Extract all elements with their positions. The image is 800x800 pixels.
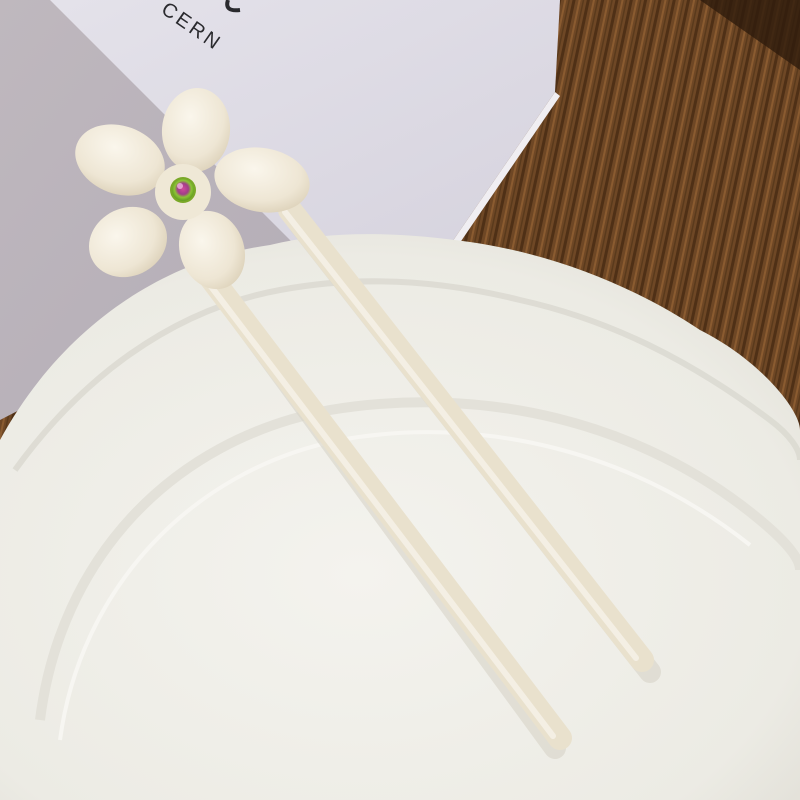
photo-canvas: CERN	[0, 0, 800, 800]
gem-sparkle	[177, 183, 183, 189]
gem-icon	[172, 179, 194, 201]
photo-scene: CERN	[0, 0, 800, 800]
